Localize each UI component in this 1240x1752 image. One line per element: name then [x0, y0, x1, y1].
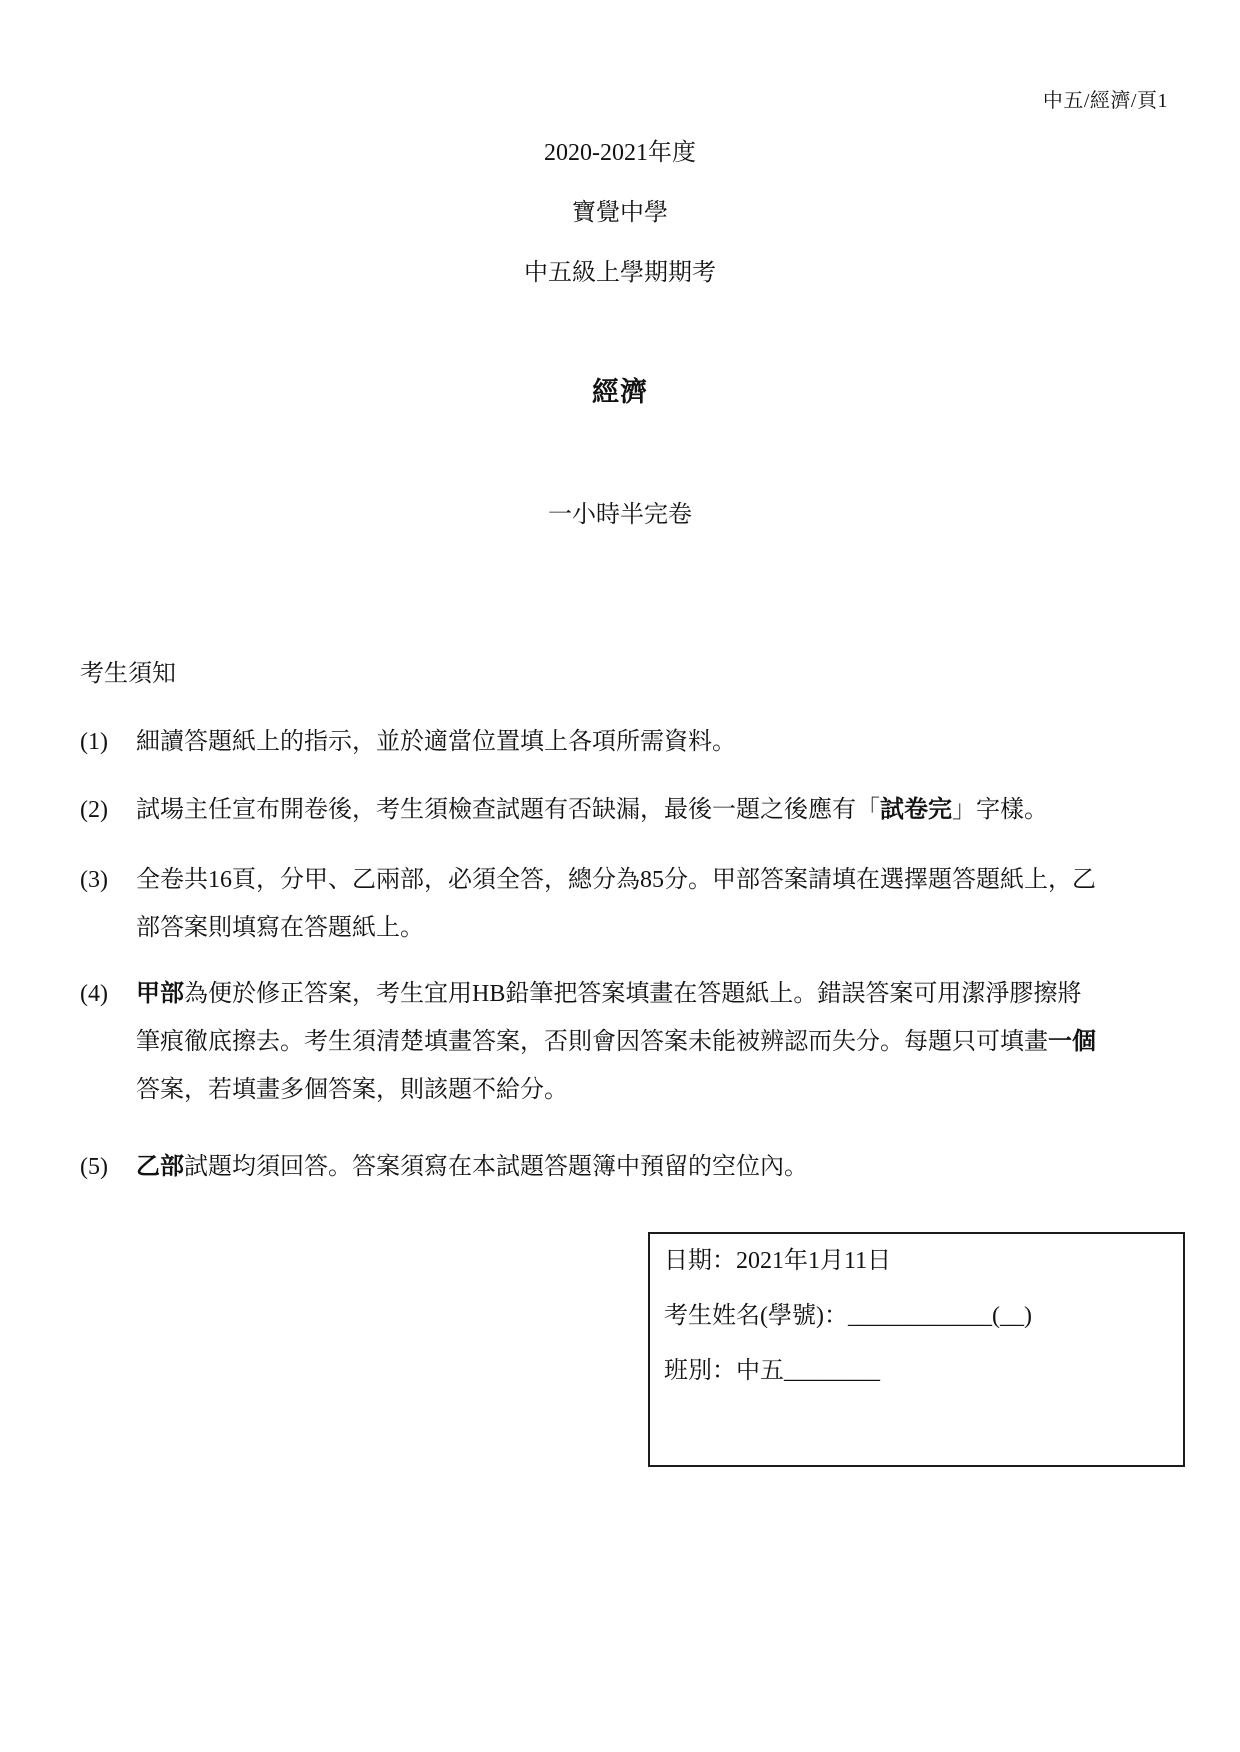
school-name-title: 寶覺中學: [0, 192, 1240, 227]
notice-item-number: (2): [80, 786, 136, 834]
candidate-name-blank-line: ____________: [848, 1303, 992, 1329]
notice-text: 」字樣。: [952, 797, 1048, 823]
page-reference: 中五/經濟/頁1: [1043, 84, 1168, 113]
class-blank-line: ________: [784, 1358, 880, 1384]
class-label: 班別：中五: [664, 1358, 784, 1384]
exam-date-line: 日期：2021年1月11日: [664, 1246, 1173, 1276]
notice-bold-text: 試卷完: [880, 797, 952, 823]
notice-text: 試場主任宣布開卷後，考生須檢查試題有否缺漏，最後一題之後應有「: [136, 797, 880, 823]
notice-bold-text: 一個: [1048, 1029, 1096, 1055]
candidate-name-line: 考生姓名(學號)：____________(__): [664, 1301, 1173, 1331]
notice-item-number: (3): [80, 856, 136, 904]
student-number-blank: (__): [992, 1303, 1032, 1329]
exam-cover-page: 中五/經濟/頁1 2020-2021年度 寶覺中學 中五級上學期期考 經濟 一小…: [0, 0, 1240, 1752]
notice-text: 細讀答題紙上的指示，並於適當位置填上各項所需資料。: [136, 729, 736, 755]
candidate-name-label: 考生姓名(學號)：: [664, 1303, 848, 1329]
candidate-info-box: 日期：2021年1月11日 考生姓名(學號)：____________(__) …: [648, 1232, 1185, 1467]
notice-bold-text: 乙部: [136, 1154, 184, 1180]
subject-title: 經濟: [0, 370, 1240, 409]
notice-item-number: (1): [80, 718, 136, 766]
notice-heading: 考生須知: [80, 653, 176, 688]
notice-item-2: (2)試場主任宣布開卷後，考生須檢查試題有否缺漏，最後一題之後應有「試卷完」字樣…: [80, 786, 1236, 834]
notice-item-number: (5): [80, 1143, 136, 1191]
notice-item-3: (3)全卷共16頁，分甲、乙兩部，必須全答，總分為85分。甲部答案請填在選擇題答…: [80, 856, 1236, 952]
notice-item-number: (4): [80, 970, 136, 1018]
class-line: 班別：中五________: [664, 1356, 1173, 1386]
school-year-title: 2020-2021年度: [0, 132, 1240, 167]
exam-name-title: 中五級上學期期考: [0, 252, 1240, 287]
notice-text: 部答案則填寫在答題紙上。: [136, 915, 424, 941]
notice-text: 全卷共16頁，分甲、乙兩部，必須全答，總分為85分。甲部答案請填在選擇題答題紙上…: [136, 867, 1096, 893]
notice-item-5: (5)乙部試題均須回答。答案須寫在本試題答題簿中預留的空位內。: [80, 1143, 1236, 1191]
notice-item-1: (1)細讀答題紙上的指示，並於適當位置填上各項所需資料。: [80, 718, 1236, 766]
notice-text: 答案，若填畫多個答案，則該題不給分。: [136, 1077, 568, 1103]
notice-text: 筆痕徹底擦去。考生須清楚填畫答案，否則會因答案未能被辨認而失分。每題只可填畫: [136, 1029, 1048, 1055]
exam-duration: 一小時半完卷: [0, 494, 1240, 529]
notice-item-4: (4)甲部為便於修正答案，考生宜用HB鉛筆把答案填畫在答題紙上。錯誤答案可用潔淨…: [80, 970, 1236, 1114]
notice-text: 為便於修正答案，考生宜用HB鉛筆把答案填畫在答題紙上。錯誤答案可用潔淨膠擦將: [184, 981, 1081, 1007]
notice-bold-text: 甲部: [136, 981, 184, 1007]
notice-text: 試題均須回答。答案須寫在本試題答題簿中預留的空位內。: [184, 1154, 808, 1180]
